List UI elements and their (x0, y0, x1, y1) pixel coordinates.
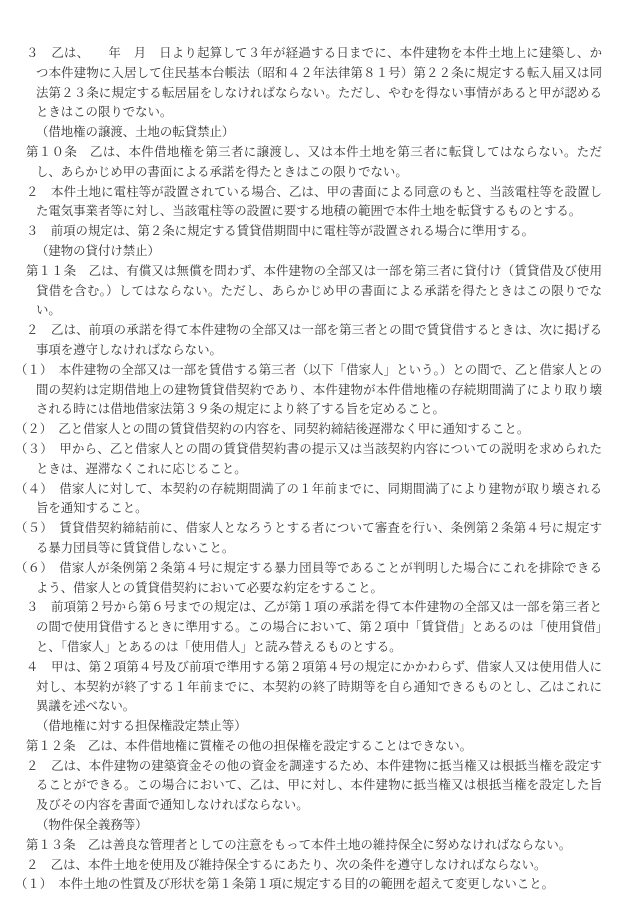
article-13: 第１３条 乙は善良な管理者としての注意をもって本件土地の維持保全に努めなければな… (36, 836, 602, 856)
article-12-para-2: ２ 乙は、本件建物の建築資金その他の資金を調達するため、本件建物に抵当権又は根抵… (36, 757, 602, 816)
article-11-para-2-item-4: （４） 借家人に対して、本契約の存続期間満了の１年前までに、同期間満了により建物… (36, 480, 602, 520)
article-11-para-2-item-1: （１） 本件建物の全部又は一部を賃借する第三者（以下「借家人」という。）との間で… (36, 361, 602, 420)
article-13-para-2-item-1: （１） 本件土地の性質及び形状を第１条第１項に規定する目的の範囲を超えて変更しな… (36, 875, 602, 895)
heading-property-preservation-duty: （物件保全義務等） (36, 816, 602, 836)
article-13-para-2: ２ 乙は、本件土地を使用及び維持保全するにあたり、次の条件を遵守しなければならな… (36, 856, 602, 876)
heading-leasehold-transfer-prohibition: （借地権の譲渡、土地の転貸禁止） (36, 123, 602, 143)
article-12: 第１２条 乙は、本件借地権に質権その他の担保権を設定することはできない。 (36, 737, 602, 757)
clause-continued-para-3-building-registration: ３ 乙は、 年 月 日より起算して３年が経過する日までに、本件建物を本件土地上に… (36, 44, 602, 123)
article-11-para-2-item-5: （５） 賃貸借契約締結前に、借家人となろうとする者について審査を行い、条例第２条… (36, 519, 602, 559)
article-10-para-3: ３ 前項の規定は、第２条に規定する賃貸借期間中に電柱等が設置される場合に準用する… (36, 222, 602, 242)
contract-document-page: ３ 乙は、 年 月 日より起算して３年が経過する日までに、本件建物を本件土地上に… (0, 0, 630, 915)
article-11-para-2: ２ 乙は、前項の承諾を得て本件建物の全部又は一部を第三者との間で賃貸借するときは… (36, 321, 602, 361)
article-10-para-2: ２ 本件土地に電柱等が設置されている場合、乙は、甲の書面による同意のもと、当該電… (36, 183, 602, 223)
article-11-para-2-item-2: （２） 乙と借家人との間の賃貸借契約の内容を、同契約締結後遅滞なく甲に通知するこ… (36, 420, 602, 440)
heading-building-lease-prohibition: （建物の貸付け禁止） (36, 242, 602, 262)
article-11-para-4: ４ 甲は、第２項第４号及び前項で準用する第２項第４号の規定にかかわらず、借家人又… (36, 658, 602, 717)
article-11: 第１１条 乙は、有償又は無償を問わず、本件建物の全部又は一部を第三者に貸付け（賃… (36, 262, 602, 321)
heading-security-interest-prohibition: （借地権に対する担保権設定禁止等） (36, 717, 602, 737)
article-11-para-3: ３ 前項第２号から第６号までの規定は、乙が第１項の承諾を得て本件建物の全部又は一… (36, 598, 602, 657)
article-11-para-2-item-3: （３） 甲から、乙と借家人との間の賃貸借契約書の提示又は当該契約内容についての説… (36, 440, 602, 480)
article-11-para-2-item-6: （６） 借家人が条例第２条第４号に規定する暴力団員等であることが判明した場合にこ… (36, 559, 602, 599)
article-10: 第１０条 乙は、本件借地権を第三者に譲渡し、又は本件土地を第三者に転貸してはなら… (36, 143, 602, 183)
